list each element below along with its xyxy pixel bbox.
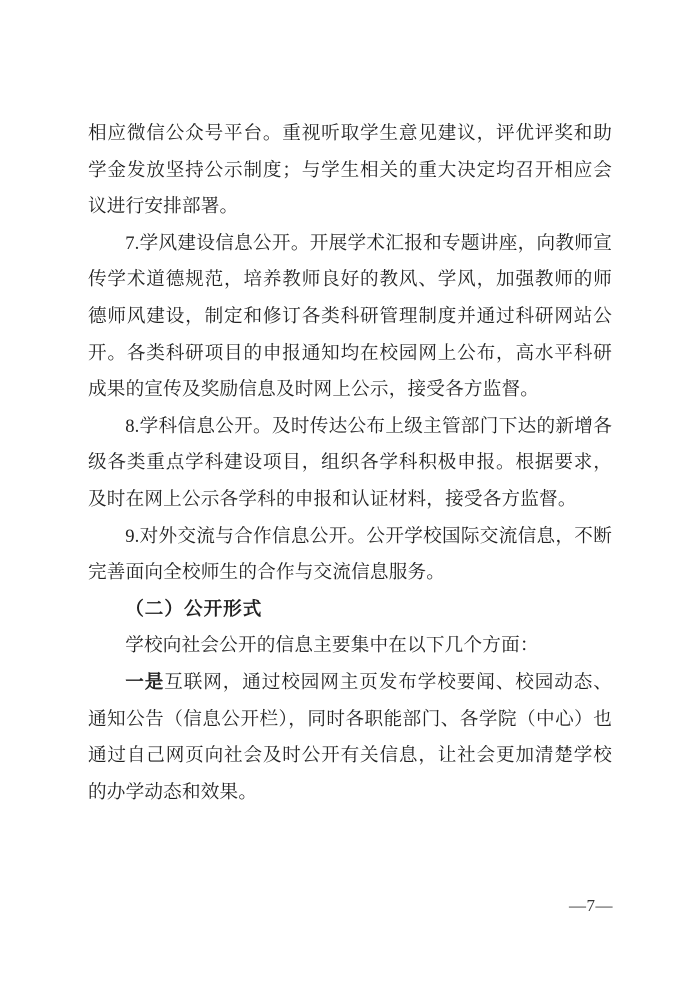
paragraph-item-8: 8.学科信息公开。及时传达公布上级主管部门下达的新增各级各类重点学科建设项目，组…	[88, 409, 612, 519]
paragraph-intro: 学校向社会公开的信息主要集中在以下几个方面：	[88, 628, 612, 665]
document-page: 相应微信公众号平台。重视听取学生意见建议，评优评奖和助学金发放坚持公示制度；与学…	[0, 0, 700, 990]
paragraph-item-7: 7.学风建设信息公开。开展学术汇报和专题讲座，向教师宣传学术道德规范，培养教师良…	[88, 226, 612, 409]
page-number: —7—	[569, 895, 613, 917]
paragraph-item-9: 9.对外交流与合作信息公开。公开学校国际交流信息，不断完善面向全校师生的合作与交…	[88, 519, 612, 592]
paragraph-item-one-lead: 一是	[125, 672, 164, 693]
document-body: 相应微信公众号平台。重视听取学生意见建议，评优评奖和助学金发放坚持公示制度；与学…	[88, 116, 612, 811]
paragraph-continuation: 相应微信公众号平台。重视听取学生意见建议，评优评奖和助学金发放坚持公示制度；与学…	[88, 116, 612, 226]
section-heading: （二）公开形式	[88, 592, 612, 629]
paragraph-item-one-text: 互联网，通过校园网主页发布学校要闻、校园动态、通知公告（信息公开栏），同时各职能…	[88, 672, 612, 803]
paragraph-item-one: 一是互联网，通过校园网主页发布学校要闻、校园动态、通知公告（信息公开栏），同时各…	[88, 665, 612, 811]
